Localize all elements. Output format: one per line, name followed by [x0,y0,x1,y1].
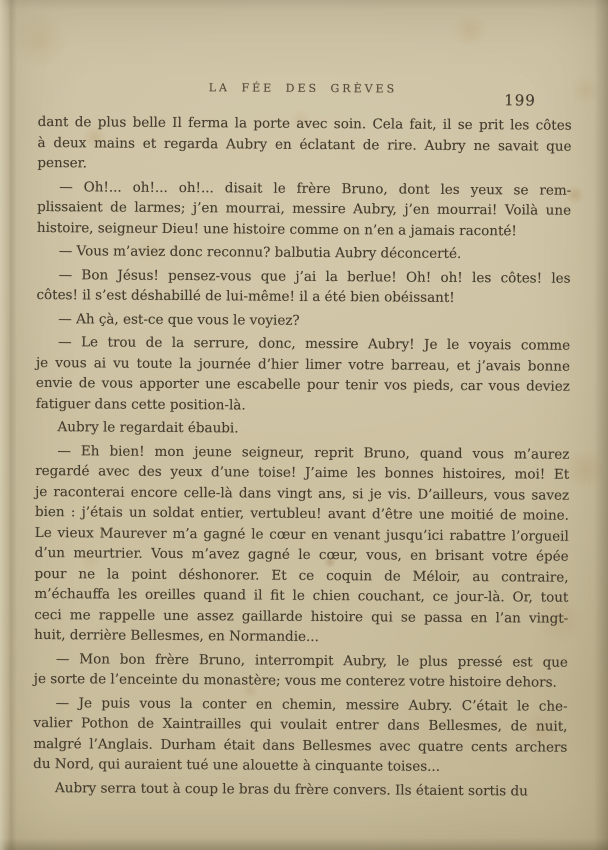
text-line: — Ah çà, est-ce que vous le voyiez? [36,308,570,332]
book-page: LA FÉE DES GRÈVES 199 dant de plus belle… [0,0,608,850]
paragraph: — Bon Jésus! pensez-vous que j’ai la ber… [36,264,570,309]
text-line: penser. [37,153,571,177]
page-number: 199 [504,91,536,109]
paragraph: — Oh!... oh!... oh!... disait le frère B… [37,176,571,241]
text-line: histoire, seigneur Dieu! une histoire co… [37,217,571,241]
text-line: du Nord, qui auraient tué une alouette à… [33,754,567,778]
text-line: Aubry serra tout à coup le bras du frère… [33,777,567,801]
paragraph: — Vous m’aviez donc reconnu? balbutia Au… [37,241,571,265]
text-block: dant de plus belle Il ferma la porte ave… [33,112,572,802]
paragraph: — Je puis vous la conter en chemin, mess… [33,692,568,778]
text-line: à deux mains et regarda Aubry en éclatan… [37,132,571,156]
paragraph: — Mon bon frère Bruno, interrompit Aubry… [34,648,568,693]
text-line: — Vous m’aviez donc reconnu? balbutia Au… [37,241,571,265]
paragraph: — Ah çà, est-ce que vous le voyiez? [36,308,570,332]
paragraph: Aubry serra tout à coup le bras du frère… [33,777,567,801]
paragraph: — Eh bien! mon jeune seigneur, reprit Br… [34,440,569,649]
page-header: LA FÉE DES GRÈVES 199 [38,78,572,108]
paragraph: Aubry le regardait ébaubi. [35,417,569,441]
text-line: Aubry le regardait ébaubi. [35,417,569,441]
text-line: côtes! il s’est déshabillé de lui-même! … [36,285,570,309]
paragraph: — Le trou de la serrure, donc, messire A… [36,332,571,418]
page-content: LA FÉE DES GRÈVES 199 dant de plus belle… [33,78,572,802]
text-line: huit, derrière Bellesmes, en Normandie..… [34,625,568,649]
text-line: fatiguer dans cette position-là. [36,393,570,417]
paragraph: dant de plus belle Il ferma la porte ave… [37,112,571,177]
text-line: je sorte de l’enceinte du monastère; vou… [34,669,568,693]
running-title: LA FÉE DES GRÈVES [158,81,448,96]
